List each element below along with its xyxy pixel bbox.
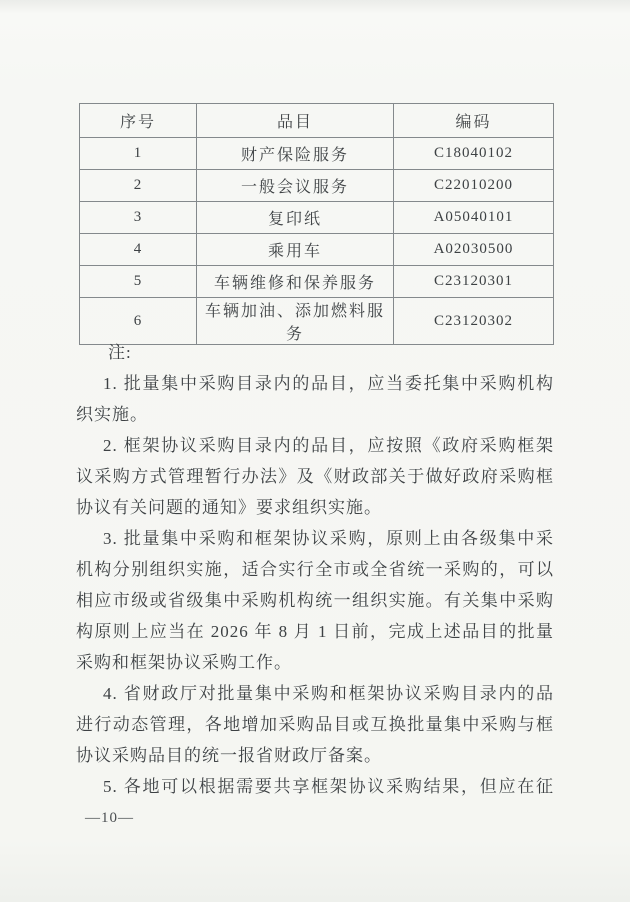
notes-label: 注: xyxy=(76,337,554,368)
cell-index: 4 xyxy=(80,234,197,266)
note-line: 协议采购品目的统一报省财政厅备案。 xyxy=(76,740,554,771)
cell-code: A05040101 xyxy=(394,202,554,234)
cell-index: 5 xyxy=(80,266,197,298)
table-row: 3 复印纸 A05040101 xyxy=(80,202,554,234)
note-line: 4. 省财政厅对批量集中采购和框架协议采购目录内的品目 xyxy=(76,678,554,709)
note-line: 5. 各地可以根据需要共享框架协议采购结果，但应在征集 xyxy=(76,771,554,802)
table-row: 5 车辆维修和保养服务 C23120301 xyxy=(80,266,554,298)
cell-index: 3 xyxy=(80,202,197,234)
procurement-items-table: 序号 品目 编码 1 财产保险服务 C18040102 2 一般会议服务 C22… xyxy=(79,103,554,345)
cell-item: 车辆维修和保养服务 xyxy=(197,266,394,298)
note-line: 相应市级或省级集中采购机构统一组织实施。有关集中采购机 xyxy=(76,585,554,616)
document-page: 序号 品目 编码 1 财产保险服务 C18040102 2 一般会议服务 C22… xyxy=(0,0,630,902)
table-row: 4 乘用车 A02030500 xyxy=(80,234,554,266)
note-line: 构原则上应当在 2026 年 8 月 1 日前，完成上述品目的批量集中 xyxy=(76,616,554,647)
note-line: 采购和框架协议采购工作。 xyxy=(76,647,554,678)
note-line: 1. 批量集中采购目录内的品目，应当委托集中采购机构组 xyxy=(76,368,554,399)
note-line: 协议有关问题的通知》要求组织实施。 xyxy=(76,492,554,523)
note-line: 织实施。 xyxy=(76,399,554,430)
cell-code: A02030500 xyxy=(394,234,554,266)
table-header-row: 序号 品目 编码 xyxy=(80,104,554,138)
page-number: —10— xyxy=(85,810,134,827)
note-line: 2. 框架协议采购目录内的品目，应按照《政府采购框架协 xyxy=(76,430,554,461)
note-line: 议采购方式管理暂行办法》及《财政部关于做好政府采购框架 xyxy=(76,461,554,492)
cell-code: C23120301 xyxy=(394,266,554,298)
table-header-code: 编码 xyxy=(394,104,554,138)
cell-item: 财产保险服务 xyxy=(197,138,394,170)
table-header-index: 序号 xyxy=(80,104,197,138)
cell-index: 1 xyxy=(80,138,197,170)
cell-code: C22010200 xyxy=(394,170,554,202)
notes-section: 注: 1. 批量集中采购目录内的品目，应当委托集中采购机构组 织实施。 2. 框… xyxy=(76,337,554,802)
table-row: 1 财产保险服务 C18040102 xyxy=(80,138,554,170)
note-line: 进行动态管理，各地增加采购品目或互换批量集中采购与框架 xyxy=(76,709,554,740)
table-row: 2 一般会议服务 C22010200 xyxy=(80,170,554,202)
cell-item: 复印纸 xyxy=(197,202,394,234)
note-line: 机构分别组织实施，适合实行全市或全省统一采购的，可以由 xyxy=(76,554,554,585)
cell-code: C18040102 xyxy=(394,138,554,170)
cell-item: 乘用车 xyxy=(197,234,394,266)
cell-index: 2 xyxy=(80,170,197,202)
cell-item: 一般会议服务 xyxy=(197,170,394,202)
note-line: 3. 批量集中采购和框架协议采购，原则上由各级集中采购 xyxy=(76,523,554,554)
table-header-item: 品目 xyxy=(197,104,394,138)
